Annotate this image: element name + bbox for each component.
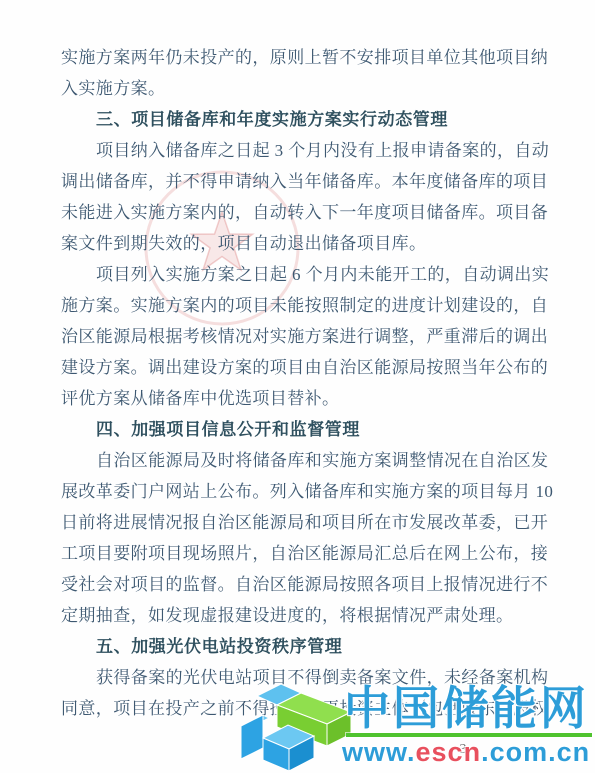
text-line: 未能进入实施方案内的，自动转入下一年度项目储备库。项目备: [61, 197, 543, 228]
text-line: 实施方案两年仍未投产的，原则上暂不安排项目单位其他项目纳: [61, 42, 543, 73]
text-line: 定期抽查，如发现虚报建设进度的，将根据情况严肃处理。: [61, 600, 543, 631]
text-line: 施方案。实施方案内的项目未能按照制定的进度计划建设的，自: [61, 290, 543, 321]
section-heading: 五、加强光伏电站投资秩序管理: [61, 631, 543, 662]
url-name: escn: [416, 737, 482, 767]
url-prefix: www.: [342, 737, 416, 767]
section-heading: 三、项目储备库和年度实施方案实行动态管理: [61, 104, 543, 135]
document-text: 实施方案两年仍未投产的，原则上暂不安排项目单位其他项目纳入实施方案。三、项目储备…: [61, 42, 543, 724]
text-line: 调出储备库，并不得申请纳入当年储备库。本年度储备库的项目: [61, 166, 543, 197]
text-line: 日前将进展情况报自治区能源局和项目所在市发展改革委，已开: [61, 507, 543, 538]
watermark-site-name: 中国储能网: [344, 682, 589, 734]
text-line: 受社会对项目的监督。自治区能源局按照各项目上报情况进行不: [61, 569, 543, 600]
text-line: 建设方案。调出建设方案的项目由自治区能源局按照当年公布的: [61, 352, 543, 383]
watermark-url: www.escn.com.cn: [342, 737, 590, 767]
text-line: 案文件到期失效的，项目自动退出储备项目库。: [61, 228, 543, 259]
text-line: 工项目要附项目现场照片，自治区能源局汇总后在网上公布，接: [61, 538, 543, 569]
text-line: 评优方案从储备库中优选项目替补。: [61, 383, 543, 414]
url-suffix: .com.cn: [481, 737, 590, 767]
text-line: 项目纳入储备库之日起 3 个月内没有上报申请备案的，自动: [61, 135, 543, 166]
escn-logo-icon: [238, 680, 353, 773]
text-line: 入实施方案。: [61, 73, 543, 104]
text-line: 项目列入实施方案之日起 6 个月内未能开工的，自动调出实: [61, 259, 543, 290]
text-line: 展改革委门户网站上公布。列入储备库和实施方案的项目每月 10: [61, 476, 543, 507]
text-line: 治区能源局根据考核情况对实施方案进行调整，严重滞后的调出: [61, 321, 543, 352]
text-line: 自治区能源局及时将储备库和实施方案调整情况在自治区发: [61, 445, 543, 476]
section-heading: 四、加强项目信息公开和监督管理: [61, 414, 543, 445]
document-page: 实施方案两年仍未投产的，原则上暂不安排项目单位其他项目纳入实施方案。三、项目储备…: [0, 0, 595, 773]
